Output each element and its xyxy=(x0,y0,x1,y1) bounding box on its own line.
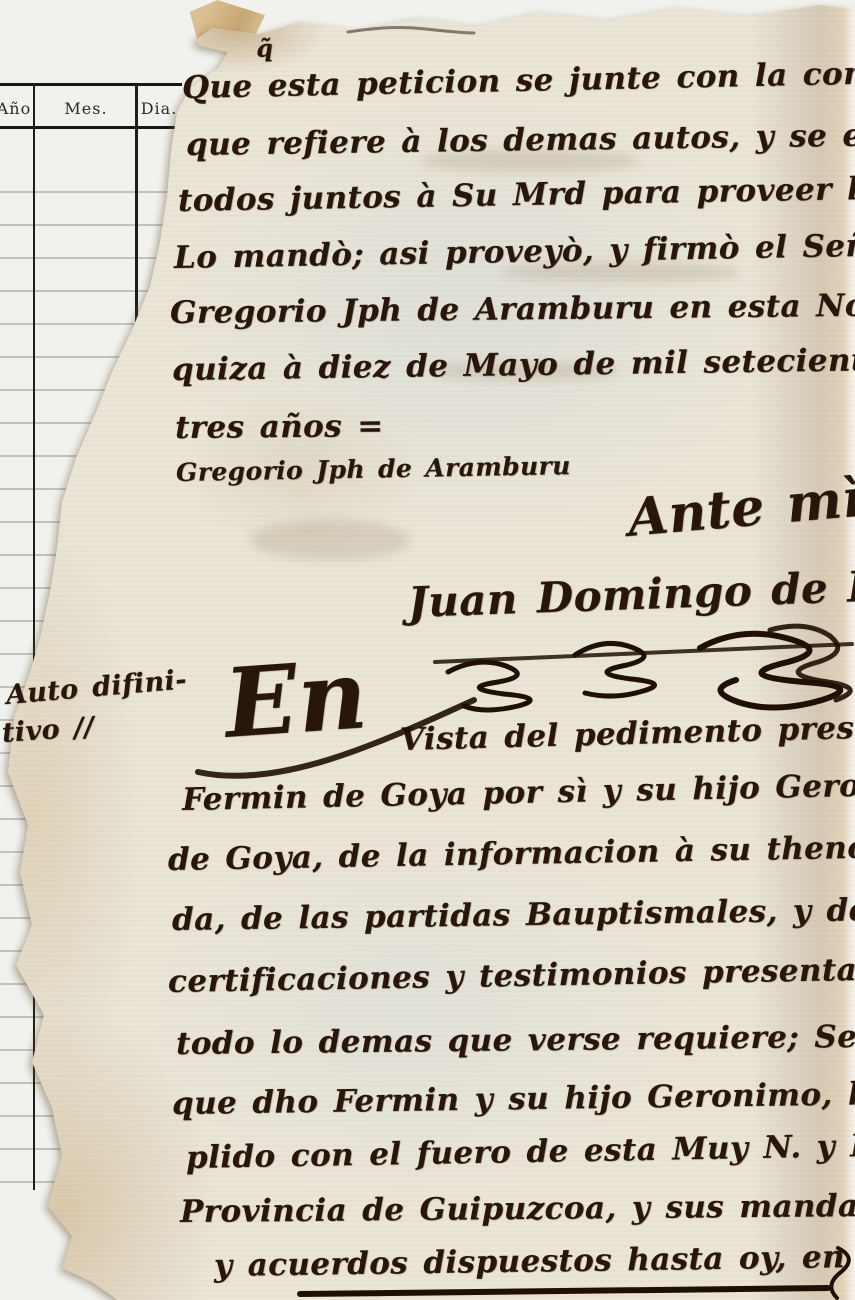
manuscript-line: tres años = xyxy=(175,408,384,446)
top-abbreviation-mark: q̃ xyxy=(255,33,274,63)
manuscript-scan: Año Mes. Dia. q̃ Que esta peticion se ju… xyxy=(0,0,855,1300)
marginal-note-line-2: tivo // xyxy=(1,712,95,749)
show-through-stain xyxy=(250,520,410,560)
manuscript-line: Provincia de Guipuzcoa, y sus mandatos xyxy=(180,1188,855,1230)
paragraph-initial: En xyxy=(222,652,370,747)
manuscript-line: todo lo demas que verse requiere; Se dec… xyxy=(176,1017,855,1062)
